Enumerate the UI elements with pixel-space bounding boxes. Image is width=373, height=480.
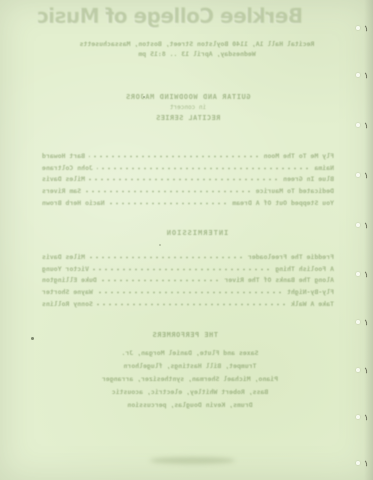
- performer-line: Piano, Michael Sherman, synthesizer, arr…: [20, 373, 360, 386]
- composer-credit: Duke Ellington: [42, 276, 97, 284]
- ink-speck: [31, 337, 34, 340]
- performer-line: Bass, Robert Whitley, electric, acoustic: [20, 386, 360, 399]
- song-title: Along The Banks Of The River: [224, 276, 334, 284]
- datetime-line: Wednesday, April 13 .. 8:15 pm: [27, 49, 367, 59]
- composer-credit: Wayne Shorter: [42, 288, 93, 296]
- ink-speck: [143, 96, 145, 98]
- program-row: You Stepped Out Of A Dream Nacio Herb Br…: [42, 199, 334, 206]
- dotted-leader: [97, 291, 283, 294]
- song-title: Freddie The Freeloader: [248, 253, 334, 261]
- title-line-1: GUITAR AND WOODWIND MAJORS: [18, 92, 358, 103]
- composer-credit: Miles Davis: [42, 175, 85, 183]
- binding-hole-mark: [361, 122, 366, 128]
- dotted-leader: [97, 303, 287, 306]
- song-title: Blue In Green: [283, 175, 334, 183]
- intermission-heading: INTERMISSION: [27, 229, 367, 237]
- program-row: Freddie The Freeloader Miles Davis: [42, 253, 334, 260]
- program-row: Dedicated To Maurice Sam Rivers: [42, 187, 334, 194]
- binding-hole-mark: [361, 172, 366, 178]
- performers-heading: THE PERFORMERS: [15, 331, 355, 339]
- program-row: Naima John Coltrane: [42, 164, 334, 171]
- composer-credit: Sam Rivers: [42, 187, 81, 195]
- composer-credit: Nacio Herb Brown: [42, 199, 105, 207]
- song-title: You Stepped Out Of A Dream: [232, 199, 334, 207]
- program-list-second-half: Freddie The Freeloader Miles Davis A Foo…: [42, 253, 334, 311]
- dotted-leader: [85, 190, 252, 193]
- song-title: Fly Me To The Moon: [264, 152, 334, 160]
- program-list-first-half: Fly Me To The Moon Bart Howard Naima Joh…: [42, 152, 334, 210]
- performer-line: Saxes and Flute, Daniel Morgan, Jr.: [20, 347, 360, 360]
- composer-credit: Sonny Rollins: [42, 300, 93, 308]
- binding-hole-mark: [361, 222, 366, 228]
- song-title: Naima: [314, 164, 334, 172]
- dotted-leader: [89, 256, 244, 259]
- binding-hole-mark: [361, 414, 366, 420]
- dotted-leader: [89, 178, 279, 181]
- binding-hole-mark: [361, 367, 366, 373]
- composer-credit: John Coltrane: [42, 164, 93, 172]
- dotted-leader: [89, 155, 260, 158]
- program-row: Fly Me To The Moon Bart Howard: [42, 152, 334, 159]
- song-title: A Foolish Thing: [275, 265, 334, 273]
- program-row: Fly-By-Night Wayne Shorter: [42, 288, 334, 295]
- performer-line: Trumpet, Bill Hastings, flugelhorn: [20, 360, 360, 373]
- song-title: Fly-By-Night: [287, 288, 334, 296]
- binding-hole-mark: [361, 460, 366, 466]
- ink-speck: [159, 244, 161, 246]
- composer-credit: Bart Howard: [42, 152, 85, 160]
- header-lines-bleed: Recital Hall 1A, 1140 Boylston Street, B…: [27, 39, 367, 59]
- performers-list: Saxes and Flute, Daniel Morgan, Jr.Trump…: [20, 347, 360, 412]
- binding-hole-mark: [361, 72, 366, 78]
- performer-line: Drums, Kevin Douglas, percussion: [20, 399, 360, 412]
- dotted-leader: [101, 279, 221, 282]
- program-row: Blue In Green Miles Davis: [42, 175, 334, 182]
- title-line-2: in concert: [18, 103, 358, 114]
- dotted-leader: [93, 268, 271, 271]
- title-line-3: RECITAL SERIES: [18, 113, 358, 124]
- scanned-program-page-back: Berklee College of Music Recital Hall 1A…: [0, 0, 373, 480]
- composer-credit: Victor Young: [42, 265, 89, 273]
- program-row: Along The Banks Of The River Duke Elling…: [42, 276, 334, 283]
- program-row: A Foolish Thing Victor Young: [42, 265, 334, 272]
- binding-hole-mark: [361, 319, 366, 325]
- binding-hole-mark: [361, 271, 366, 277]
- song-title: Dedicated To Maurice: [256, 187, 334, 195]
- berklee-logo-bleed: Berklee College of Music: [0, 4, 340, 28]
- title-block-bleed: GUITAR AND WOODWIND MAJORS in concert RE…: [18, 92, 358, 124]
- dotted-leader: [97, 167, 311, 170]
- binding-hole-mark: [361, 25, 366, 31]
- venue-line: Recital Hall 1A, 1140 Boylston Street, B…: [27, 39, 367, 49]
- composer-credit: Miles Davis: [42, 253, 85, 261]
- program-row: Take A Walk Sonny Rollins: [42, 300, 334, 307]
- bottom-smudge: [150, 457, 235, 464]
- song-title: Take A Walk: [291, 300, 334, 308]
- dotted-leader: [109, 202, 229, 205]
